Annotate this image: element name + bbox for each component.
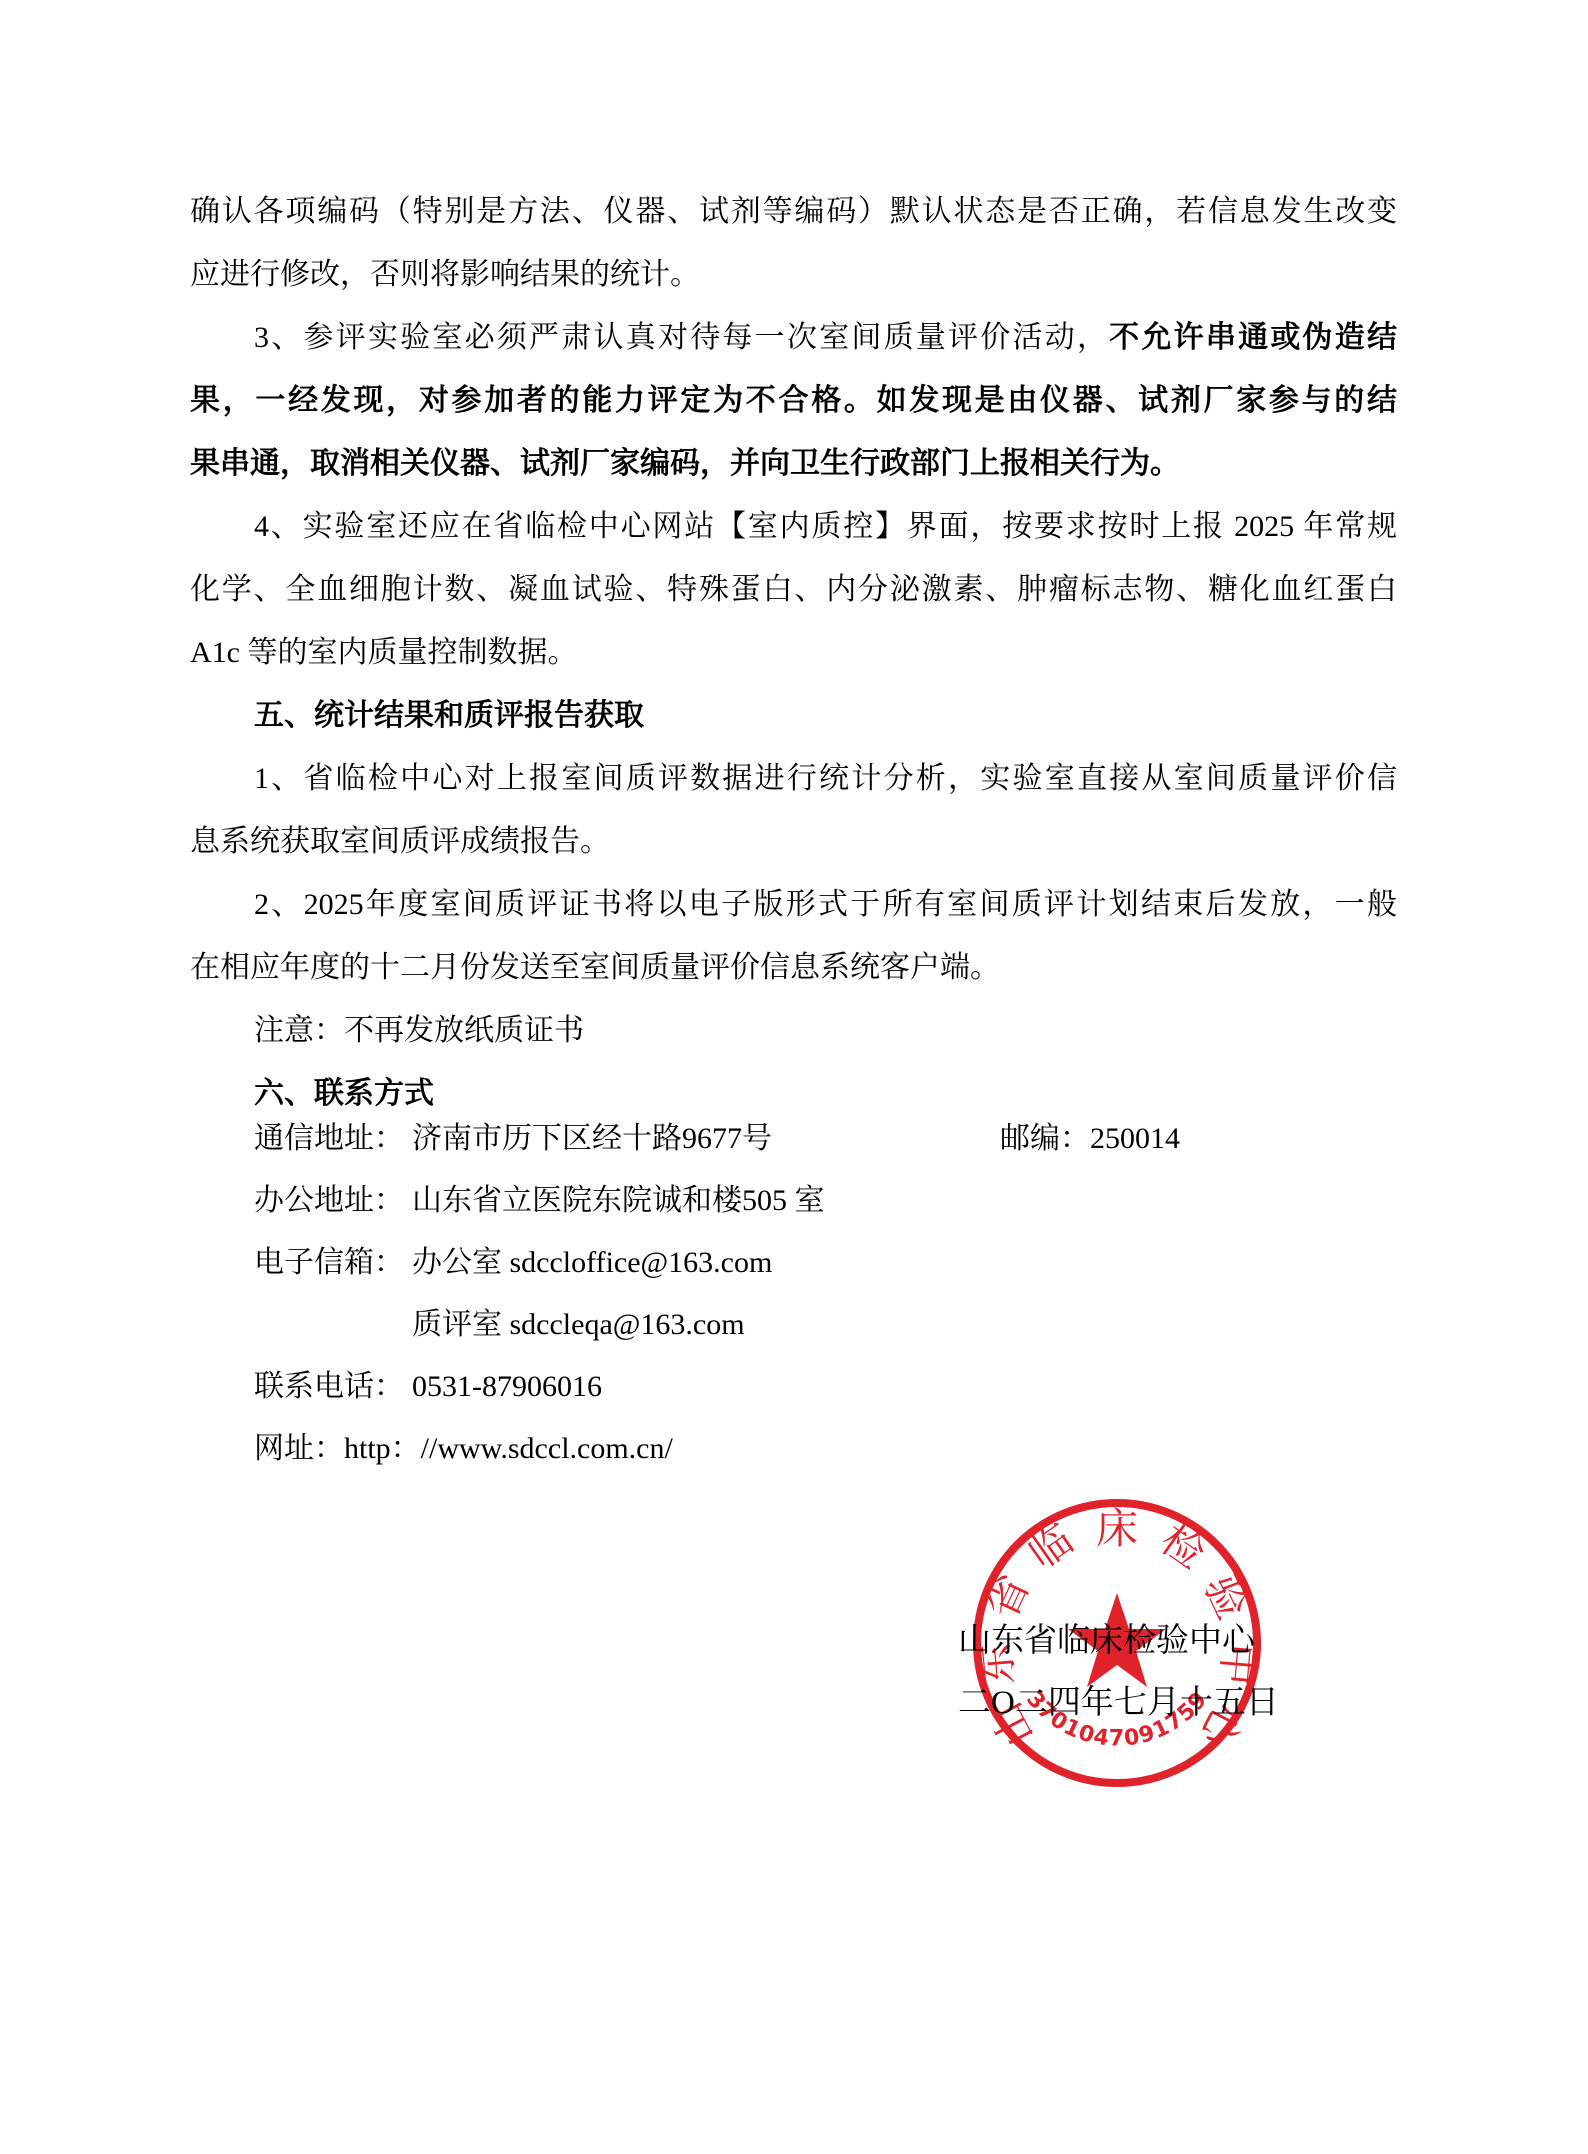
phone-row: 联系电话：0531-87906016 bbox=[254, 1356, 825, 1418]
email-office[interactable]: 办公室 sdccloffice@163.com bbox=[412, 1246, 772, 1279]
paragraph-line: 应进行修改，否则将影响结果的统计。 bbox=[190, 243, 1397, 306]
signature-date: 二O二四年七月十五日 bbox=[958, 1672, 1279, 1734]
document-page: 确认各项编码（特别是方法、仪器、试剂等编码）默认状态是否正确，若信息发生改变 应… bbox=[0, 0, 1588, 2154]
paragraph-line: 确认各项编码（特别是方法、仪器、试剂等编码）默认状态是否正确，若信息发生改变 bbox=[190, 180, 1397, 243]
paragraph-line: A1c 等的室内质量控制数据。 bbox=[190, 621, 1397, 684]
mail-address-value: 济南市历下区经十路9677号 bbox=[412, 1122, 772, 1155]
signature-block: 山东省临床检验中心 二O二四年七月十五日 bbox=[958, 1610, 1279, 1734]
email-row: 电子信箱：办公室 sdccloffice@163.com bbox=[254, 1232, 825, 1294]
paragraph-line: 息系统获取室间质评成绩报告。 bbox=[190, 810, 1397, 873]
paragraph-line: 果，一经发现，对参加者的能力评定为不合格。如发现是由仪器、试剂厂家参与的结 bbox=[190, 369, 1397, 432]
paragraph-line: 3、参评实验室必须严肃认真对待每一次室间质量评价活动，不允许串通或伪造结 bbox=[190, 306, 1397, 369]
office-address-label: 办公地址： bbox=[254, 1170, 412, 1232]
signature-organization: 山东省临床检验中心 bbox=[958, 1610, 1279, 1672]
paragraph-line: 果串通，取消相关仪器、试剂厂家编码，并向卫生行政部门上报相关行为。 bbox=[190, 432, 1397, 495]
svg-text:临: 临 bbox=[1019, 1514, 1082, 1578]
phone-value: 0531-87906016 bbox=[412, 1370, 602, 1403]
website-label: 网址： bbox=[254, 1432, 344, 1465]
website-link[interactable]: http：//www.sdccl.com.cn/ bbox=[344, 1432, 673, 1465]
note-line: 注意：不再发放纸质证书 bbox=[190, 999, 1397, 1062]
phone-label: 联系电话： bbox=[254, 1356, 412, 1418]
svg-text:检: 检 bbox=[1152, 1514, 1215, 1578]
mail-address-row: 通信地址：济南市历下区经十路9677号 邮编：250014 bbox=[254, 1108, 825, 1170]
email-qa-row: 质评室 sdccleqa@163.com bbox=[254, 1294, 825, 1356]
office-address-row: 办公地址：山东省立医院东院诚和楼505 室 bbox=[254, 1170, 825, 1232]
mail-address-label: 通信地址： bbox=[254, 1108, 412, 1170]
paragraph-line: 2、2025年度室间质评证书将以电子版形式于所有室间质评计划结束后发放，一般 bbox=[190, 873, 1397, 936]
plain-segment: 3、参评实验室必须严肃认真对待每一次室间质量评价活动， bbox=[254, 321, 1109, 354]
paragraph-line: 在相应年度的十二月份发送至室间质量评价信息系统客户端。 bbox=[190, 936, 1397, 999]
postcode: 邮编：250014 bbox=[1000, 1108, 1180, 1170]
section-heading: 五、统计结果和质评报告获取 bbox=[190, 684, 1397, 747]
email-label: 电子信箱： bbox=[254, 1232, 412, 1294]
contact-info: 通信地址：济南市历下区经十路9677号 邮编：250014 办公地址：山东省立医… bbox=[254, 1108, 825, 1480]
paragraph-line: 1、省临检中心对上报室间质评数据进行统计分析，实验室直接从室间质量评价信 bbox=[190, 747, 1397, 810]
email-qa[interactable]: 质评室 sdccleqa@163.com bbox=[412, 1308, 745, 1341]
bold-segment: 不允许串通或伪造结 bbox=[1109, 321, 1397, 354]
office-address-value: 山东省立医院东院诚和楼505 室 bbox=[412, 1184, 825, 1217]
svg-text:床: 床 bbox=[1096, 1504, 1138, 1553]
document-body: 确认各项编码（特别是方法、仪器、试剂等编码）默认状态是否正确，若信息发生改变 应… bbox=[190, 180, 1397, 1125]
paragraph-line: 化学、全血细胞计数、凝血试验、特殊蛋白、内分泌激素、肿瘤标志物、糖化血红蛋白 bbox=[190, 558, 1397, 621]
paragraph-line: 4、实验室还应在省临检中心网站【室内质控】界面，按要求按时上报 2025 年常规 bbox=[190, 495, 1397, 558]
website-row: 网址：http：//www.sdccl.com.cn/ bbox=[254, 1418, 825, 1480]
